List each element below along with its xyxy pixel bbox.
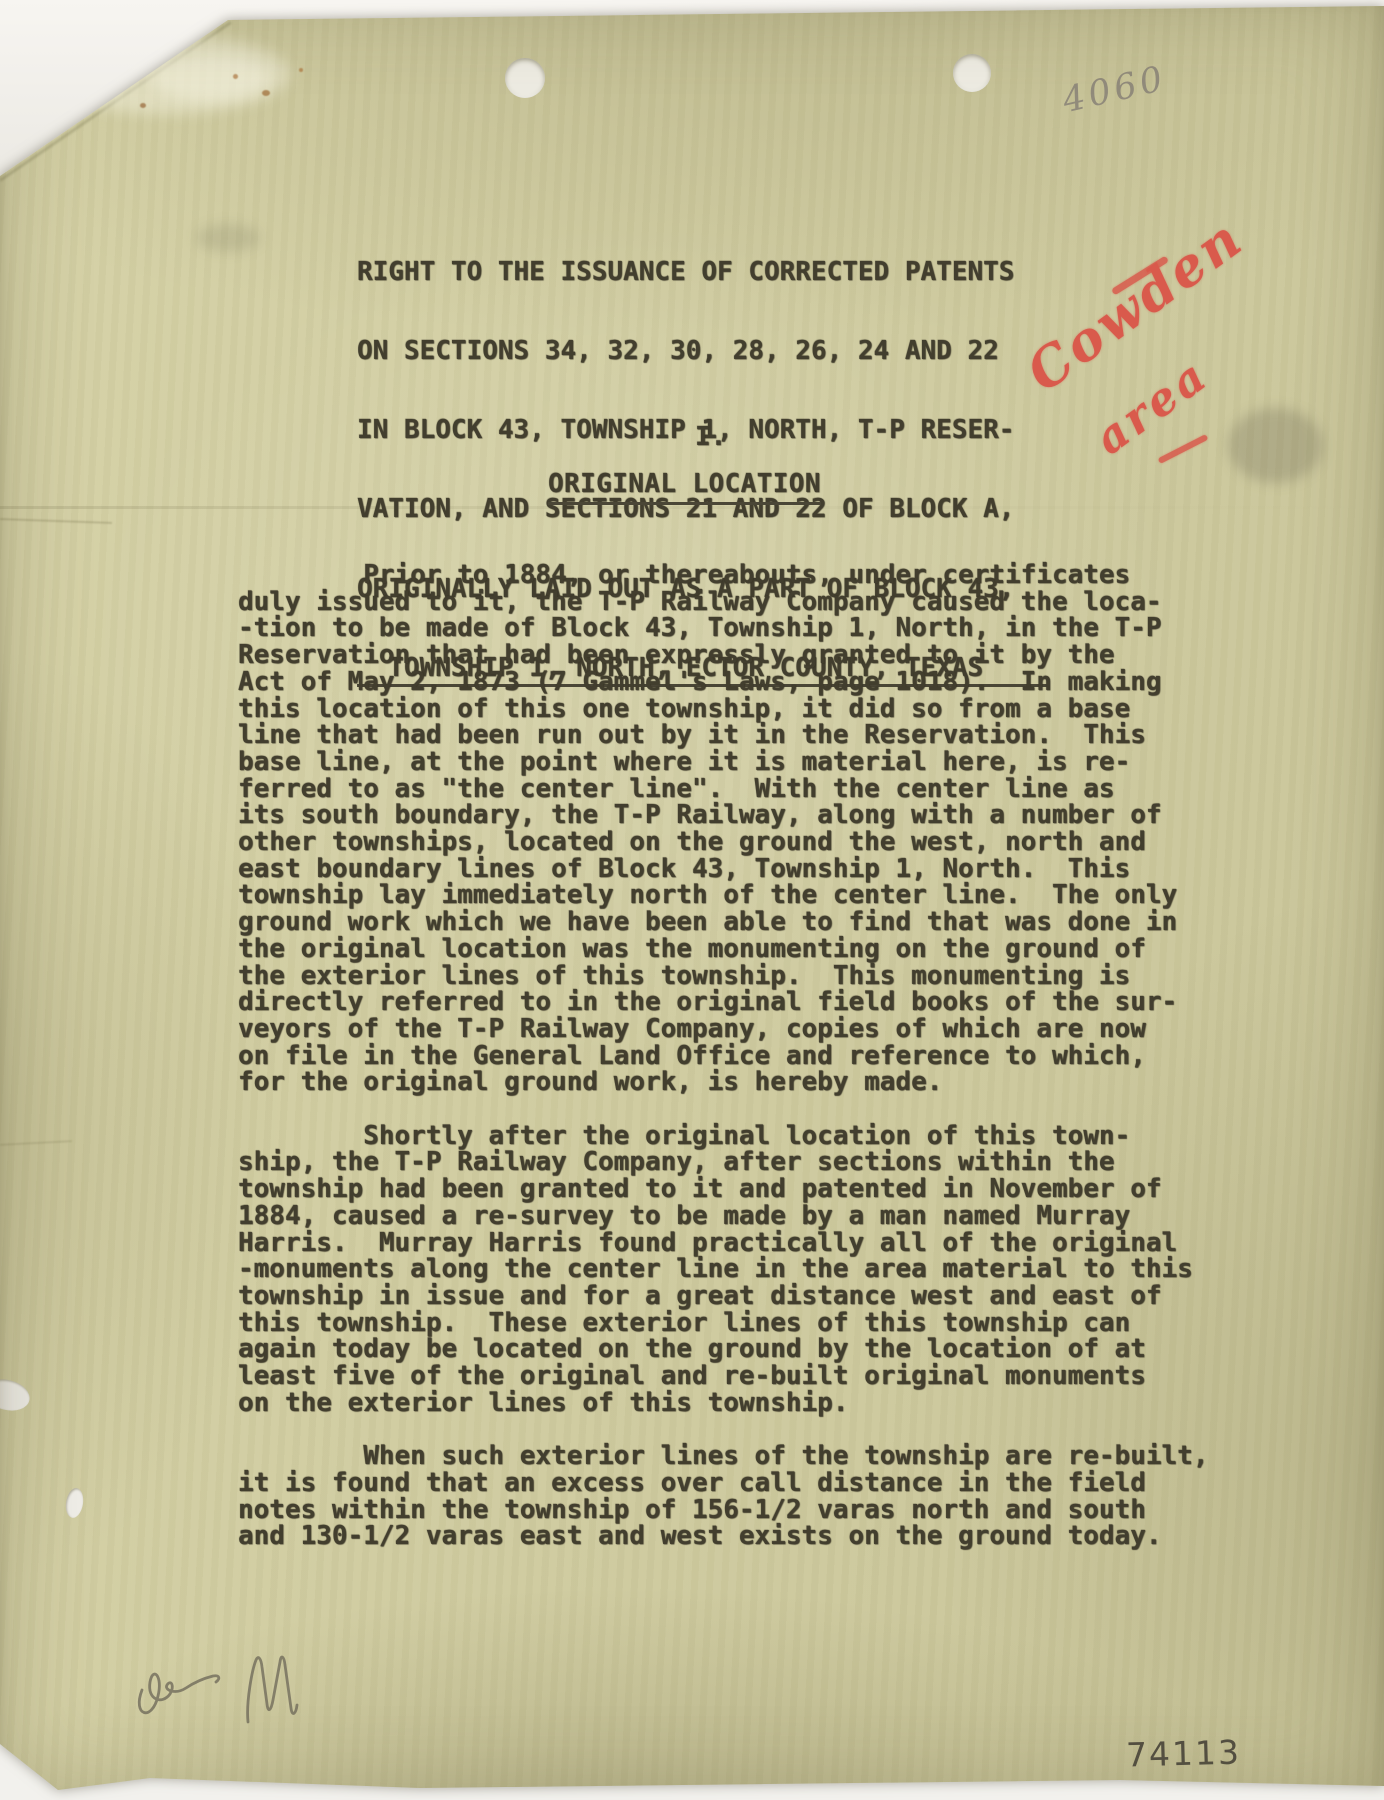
scanned-document-page: RIGHT TO THE ISSUANCE OF CORRECTED PATEN… bbox=[0, 0, 1384, 1800]
crease-line bbox=[0, 518, 112, 524]
rust-stain bbox=[262, 90, 270, 96]
red-note-word: Cowden bbox=[1016, 207, 1255, 404]
rust-stain bbox=[88, 96, 95, 102]
title-line: RIGHT TO THE ISSUANCE OF CORRECTED PATEN… bbox=[357, 259, 1047, 285]
pencil-initials bbox=[128, 1642, 313, 1742]
smudge-mark bbox=[196, 224, 260, 252]
rust-stain bbox=[299, 68, 303, 72]
title-line: ON SECTIONS 34, 32, 30, 28, 26, 24 AND 2… bbox=[357, 338, 1047, 364]
punch-hole bbox=[953, 54, 991, 92]
rust-stain bbox=[140, 103, 146, 108]
paragraph: Shortly after the original location of t… bbox=[238, 1123, 1209, 1417]
abrasion-mark bbox=[150, 55, 270, 100]
punch-hole bbox=[505, 58, 545, 98]
crease-line bbox=[0, 1140, 72, 1146]
smudge-mark bbox=[1228, 408, 1323, 483]
paper-sheet: RIGHT TO THE ISSUANCE OF CORRECTED PATEN… bbox=[0, 0, 1384, 1800]
red-dash-mark bbox=[1158, 434, 1209, 464]
paper-wrapper: RIGHT TO THE ISSUANCE OF CORRECTED PATEN… bbox=[0, 0, 1384, 1800]
catalog-number: 74113 bbox=[1126, 1733, 1242, 1775]
edge-tear bbox=[0, 1375, 33, 1415]
paper-hole bbox=[64, 1487, 85, 1519]
section-number: I. bbox=[695, 422, 726, 452]
rust-stain bbox=[112, 86, 117, 91]
paragraph: When such exterior lines of the township… bbox=[238, 1443, 1209, 1550]
section-heading: ORIGINAL LOCATION bbox=[548, 469, 821, 505]
rust-stain bbox=[233, 74, 238, 79]
document-body: Prior to 1884, or thereabouts, under cer… bbox=[238, 562, 1209, 1577]
file-number-annotation: 4060 bbox=[1059, 59, 1170, 122]
paragraph: Prior to 1884, or thereabouts, under cer… bbox=[238, 562, 1209, 1096]
